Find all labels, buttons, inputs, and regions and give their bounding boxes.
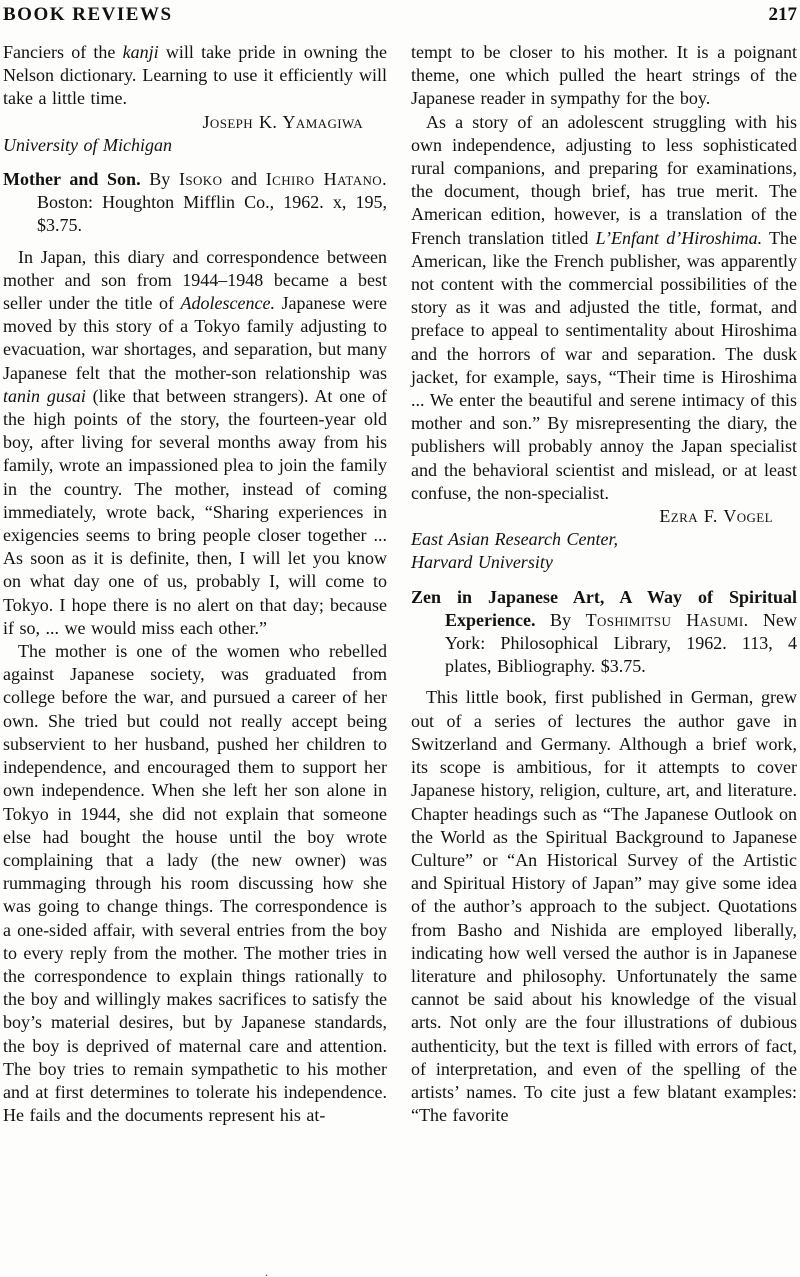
- text-segment: Toshimitsu Hasumi.: [586, 610, 749, 630]
- paragraph: Fanciers of the kanji will take pride in…: [3, 41, 387, 111]
- affiliation: Harvard University: [411, 551, 797, 574]
- signature: Ezra F. Vogel: [411, 505, 797, 528]
- review-heading: Zen in Japanese Art, A Way of Spiritual …: [411, 586, 797, 679]
- right-column: tempt to be closer to his mother. It is …: [411, 41, 797, 1127]
- text-segment: (like that between strangers). At one of…: [3, 386, 387, 638]
- text-segment: By: [535, 610, 585, 630]
- text-segment: tempt to be closer to his mother. It is …: [411, 42, 797, 108]
- two-column-text: Fanciers of the kanji will take pride in…: [3, 41, 797, 1127]
- text-segment: Isoko: [179, 169, 222, 189]
- text-segment: Joseph K. Yamagiwa: [203, 112, 363, 132]
- text-segment: and: [222, 169, 265, 189]
- page-title: BOOK REVIEWS: [3, 4, 173, 26]
- signature: Joseph K. Yamagiwa: [3, 111, 387, 134]
- text-segment: Boston: Houghton Mifflin Co., 1962. x, 1…: [37, 192, 387, 235]
- stray-mark: .: [265, 1270, 268, 1274]
- paragraph: tempt to be closer to his mother. It is …: [411, 41, 797, 111]
- page-number: 217: [769, 4, 798, 26]
- review-heading: Mother and Son. By Isoko and Ichiro Hata…: [3, 168, 387, 238]
- text-segment: kanji: [123, 42, 159, 62]
- text-segment: Ezra F. Vogel: [659, 506, 773, 526]
- text-segment: Mother and Son.: [3, 169, 141, 189]
- paragraph: The mother is one of the women who rebel…: [3, 640, 387, 1127]
- text-segment: Harvard University: [411, 552, 553, 572]
- text-segment: University of Michigan: [3, 135, 172, 155]
- running-head: BOOK REVIEWS 217: [3, 4, 797, 26]
- text-segment: The American, like the French publisher,…: [411, 228, 797, 503]
- text-segment: tanin gusai: [3, 386, 86, 406]
- affiliation: East Asian Research Center,: [411, 528, 797, 551]
- text-segment: L’Enfant d’Hiroshima.: [596, 228, 762, 248]
- text-segment: By: [141, 169, 179, 189]
- journal-page: BOOK REVIEWS 217 Fanciers of the kanji w…: [0, 0, 800, 1277]
- paragraph: As a story of an adolescent struggling w…: [411, 111, 797, 505]
- text-segment: This little book, first published in Ger…: [411, 687, 797, 1125]
- text-segment: East Asian Research Center,: [411, 529, 618, 549]
- text-segment: The mother is one of the women who rebel…: [3, 641, 387, 1125]
- left-column: Fanciers of the kanji will take pride in…: [3, 41, 387, 1127]
- affiliation: University of Michigan: [3, 134, 387, 157]
- paragraph: In Japan, this diary and correspondence …: [3, 246, 387, 640]
- text-segment: Ichiro Hatano.: [266, 169, 387, 189]
- paragraph: This little book, first published in Ger…: [411, 686, 797, 1127]
- text-segment: Fanciers of the: [3, 42, 123, 62]
- text-segment: Adolescence.: [181, 293, 275, 313]
